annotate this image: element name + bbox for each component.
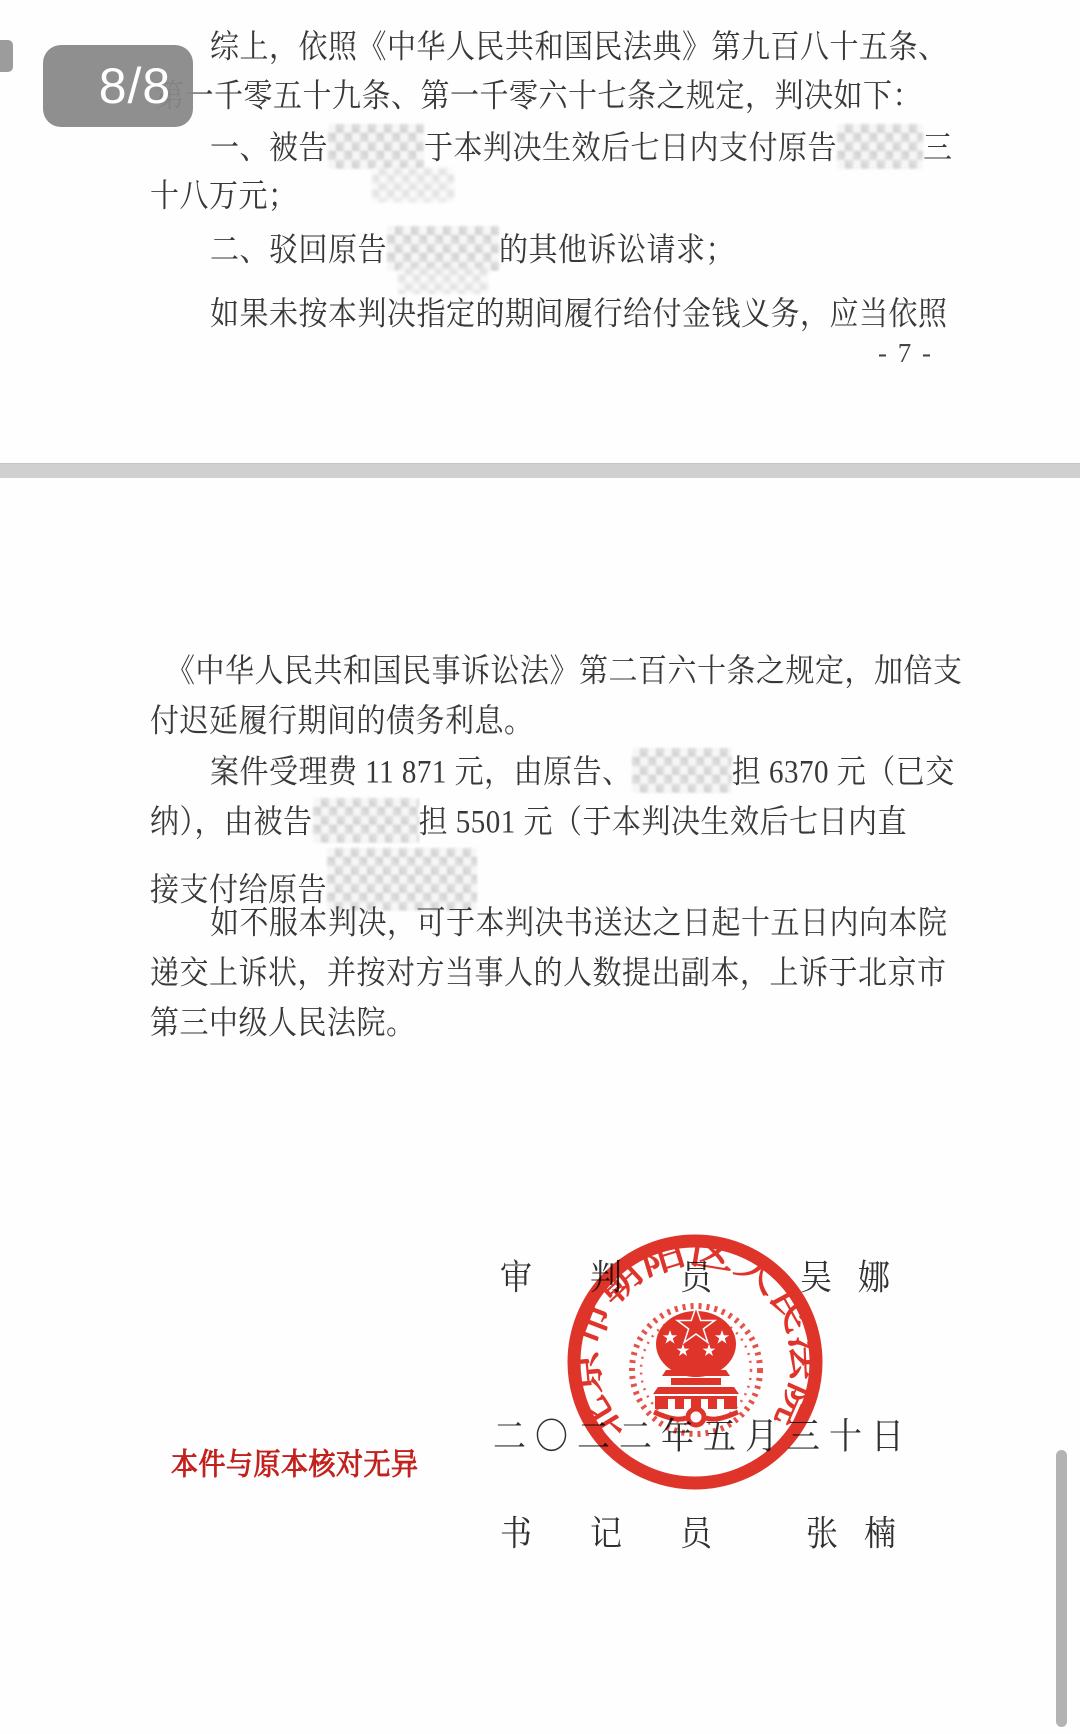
doc-line: 接支付给原告 <box>150 848 477 895</box>
doc-line: 综上，依照《中华人民共和国民法典》第九百八十五条、 <box>210 24 948 71</box>
clerk-name: 张楠 <box>806 1514 922 1554</box>
doc-text: 付迟延履行期间的债务利息。 <box>150 704 534 740</box>
redaction-blur <box>387 226 499 271</box>
redaction-blur-residual <box>398 268 488 294</box>
doc-line: 付迟延履行期间的债务利息。 <box>150 698 534 745</box>
redaction-blur <box>837 124 923 169</box>
seal-national-emblem <box>632 1306 760 1434</box>
doc-line: 纳），由被告担 5501 元（于本判决生效后七日内直 <box>150 798 907 845</box>
doc-text: 担 6370 元（已交 <box>732 755 955 791</box>
document-viewer: 综上，依照《中华人民共和国民法典》第九百八十五条、第一千零五十九条、第一千零六十… <box>0 0 1080 1734</box>
doc-text: 三 <box>923 131 953 167</box>
doc-text: 第一千零五十九条、第一千零六十七条之规定，判决如下： <box>155 79 922 115</box>
doc-text: 递交上诉状，并按对方当事人的人数提出副本，上诉于北京市 <box>150 956 947 992</box>
page-number-7: - 7 - <box>878 338 933 369</box>
redaction-blur <box>632 748 732 793</box>
photo-corner-shadow <box>0 40 13 72</box>
doc-line: 如果未按本判决指定的期间履行给付金钱义务，应当依照 <box>210 291 948 338</box>
doc-text: 一、被告 <box>210 131 328 167</box>
doc-text: 纳），由被告 <box>150 805 313 841</box>
doc-text: 担 5501 元（于本判决生效后七日内直 <box>419 805 908 841</box>
doc-text: 如不服本判决，可于本判决书送达之日起十五日内向本院 <box>210 906 948 942</box>
clerk-title: 书记员 <box>500 1514 770 1554</box>
redaction-blur <box>313 798 419 843</box>
doc-line: 如不服本判决，可于本判决书送达之日起十五日内向本院 <box>210 900 948 947</box>
doc-text: 二、驳回原告 <box>210 233 387 269</box>
doc-text: 的其他诉讼请求； <box>499 233 735 269</box>
doc-line: 二、驳回原告的其他诉讼请求； <box>210 226 735 273</box>
doc-text: 综上，依照《中华人民共和国民法典》第九百八十五条、 <box>210 30 948 66</box>
emblem-tiananmen <box>653 1370 739 1409</box>
scrollbar-thumb[interactable] <box>1056 1450 1067 1727</box>
doc-text: 于本判决生效后七日内支付原告 <box>424 131 837 167</box>
clerk-signature-row: 书记员张楠 <box>500 1506 922 1557</box>
doc-text: 十八万元； <box>150 179 298 215</box>
doc-line: 十八万元； <box>150 173 298 220</box>
doc-text: 《中华人民共和国民事诉讼法》第二百六十条之规定，加倍支 <box>166 654 963 690</box>
court-seal: 北京市朝阳区人民法院 <box>563 1230 827 1494</box>
page-divider <box>0 463 1080 478</box>
doc-line: 第三中级人民法院。 <box>150 1000 416 1047</box>
doc-line: 一、被告于本判决生效后七日内支付原告三 <box>210 124 953 171</box>
doc-line: 递交上诉状，并按对方当事人的人数提出副本，上诉于北京市 <box>150 950 947 997</box>
doc-text: 如果未按本判决指定的期间履行给付金钱义务，应当依照 <box>210 297 948 333</box>
redaction-blur-residual <box>372 168 454 202</box>
doc-line: 案件受理费 11 871 元，由原告、担 6370 元（已交 <box>210 748 955 795</box>
emblem-gear-ribbon <box>654 1409 738 1425</box>
verification-stamp-text: 本件与原本核对无异 <box>171 1440 419 1484</box>
doc-line: 《中华人民共和国民事诉讼法》第二百六十条之规定，加倍支 <box>166 648 963 695</box>
doc-text: 案件受理费 11 871 元，由原告、 <box>210 755 632 791</box>
doc-text: 第三中级人民法院。 <box>150 1006 416 1042</box>
doc-line: 第一千零五十九条、第一千零六十七条之规定，判决如下： <box>155 73 922 120</box>
page-position-badge: 8/8 <box>43 45 193 127</box>
redaction-blur <box>328 124 424 169</box>
